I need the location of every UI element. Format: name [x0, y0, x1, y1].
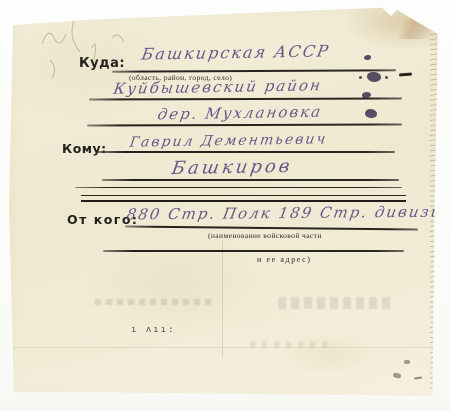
horizontal-crease	[10, 347, 430, 348]
scan-background: Куда: Башкирская АССР (область, район, г…	[0, 0, 450, 411]
double-ruled-line	[81, 195, 406, 202]
stray-ink-mark: ı ʌıı:	[131, 325, 176, 335]
pencil-tick	[393, 372, 402, 379]
ink-blot	[364, 55, 371, 60]
ruled-line	[103, 250, 404, 252]
ruled-line	[89, 97, 402, 100]
recipient-handwritten-line1: Гаврил Дементьевич	[128, 131, 328, 150]
to-handwritten-line1: Башкирская АССР	[140, 41, 331, 63]
ruled-line	[75, 187, 402, 188]
vertical-crease	[222, 240, 223, 358]
ruled-line	[95, 151, 395, 153]
pencil-tick	[414, 376, 422, 379]
ruled-line	[125, 225, 418, 230]
ink-blot	[385, 76, 388, 79]
ink-dash	[399, 73, 412, 76]
bleed-through-text	[278, 297, 390, 309]
from-handwritten-value: 880 Стр. Полк 189 Стр. дивизия	[125, 203, 450, 224]
to-handwritten-line3: дер. Мухлановка	[156, 103, 323, 124]
ink-blot	[367, 72, 381, 82]
from-hint-line2: и ее адрес)	[257, 255, 312, 264]
postcard-paper: Куда: Башкирская АССР (область, район, г…	[0, 0, 450, 411]
ruled-line	[112, 69, 396, 72]
pencil-tick	[404, 360, 410, 364]
recipient-handwritten-line2: Башкиров	[170, 156, 294, 179]
recipient-label: Кому:	[62, 141, 107, 156]
bleed-through-text	[250, 341, 330, 348]
ink-blot	[365, 109, 377, 118]
to-label: Куда:	[79, 56, 125, 71]
ruled-line	[102, 179, 399, 181]
ink-blot	[359, 76, 362, 79]
to-handwritten-line2: Куйбышевский район	[112, 76, 323, 98]
from-hint-line1: (наименование войсковой части	[208, 231, 322, 240]
ruled-line	[87, 123, 402, 126]
torn-right-edge	[430, 14, 437, 392]
bleed-through-text	[95, 299, 215, 305]
